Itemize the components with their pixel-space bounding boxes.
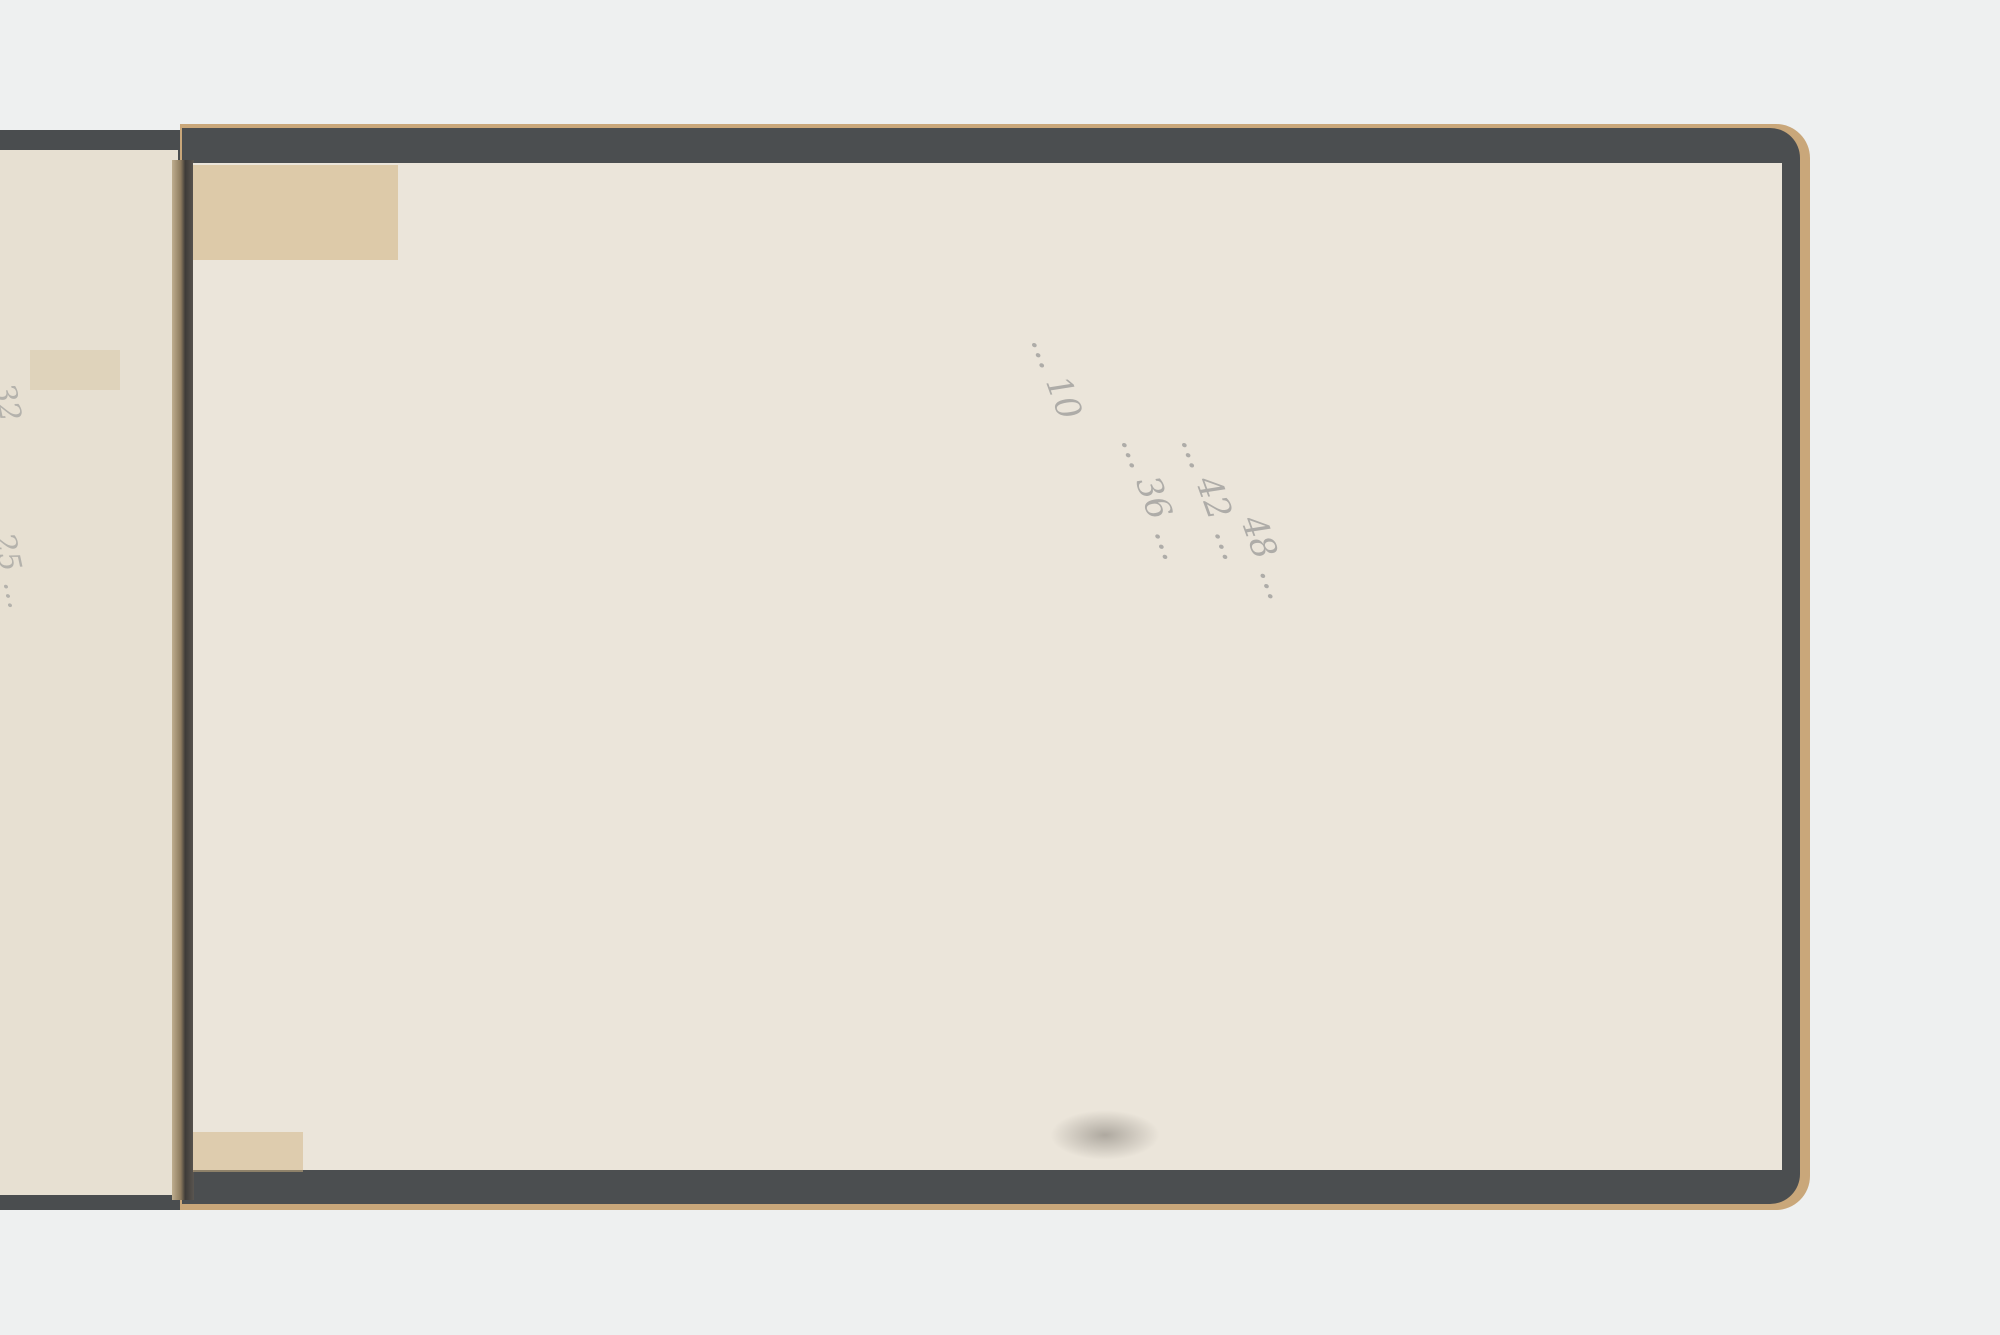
- tape-stain-top: [193, 165, 398, 260]
- ink-smudge: [1050, 1110, 1160, 1160]
- handwriting-line: ... 10: [1022, 330, 1089, 425]
- tape-stain-bottom: [193, 1132, 303, 1172]
- spine: [172, 160, 194, 1200]
- tape-stain: [30, 350, 120, 390]
- left-page: [0, 150, 178, 1195]
- right-page-handwriting: 48 ... ... 42 ... ... 36 ... ... 10: [980, 300, 1400, 860]
